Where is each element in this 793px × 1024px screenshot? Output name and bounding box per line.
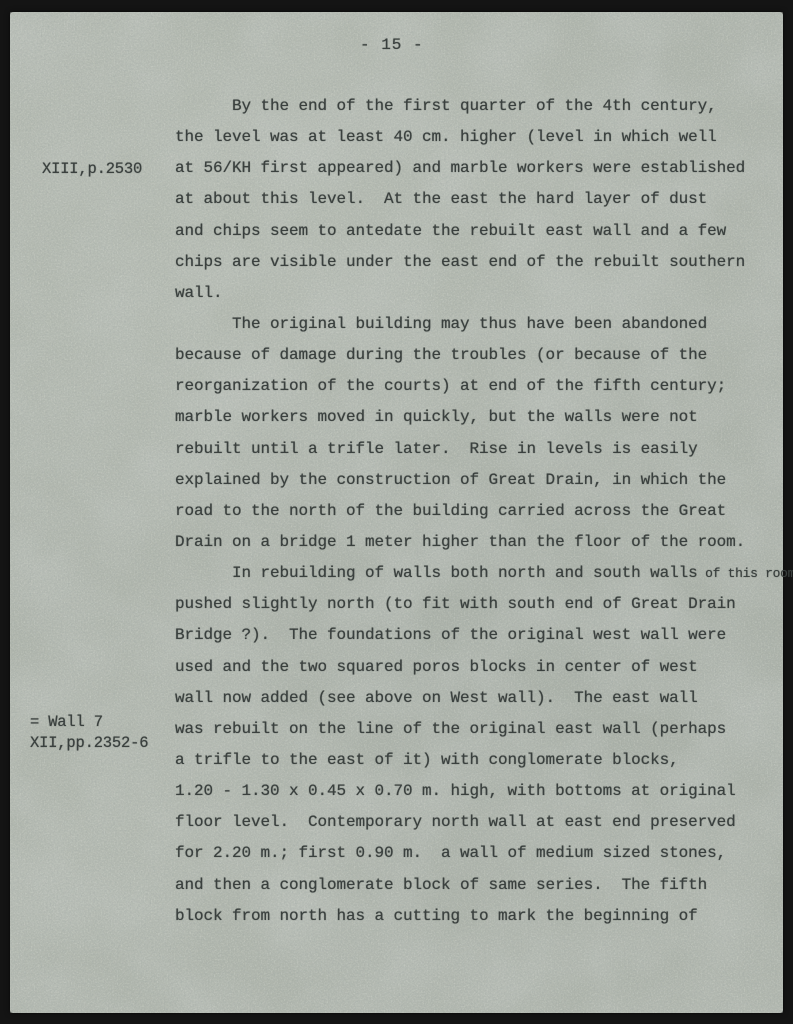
text-line: rebuilt until a trifle later. Rise in le… (175, 434, 793, 465)
margin-note-line: XII,pp.2352-6 (30, 733, 148, 754)
inserted-text: of this room (698, 566, 793, 581)
page-number: - 15 - (360, 36, 424, 54)
margin-note-wall-reference: = Wall 7XII,pp.2352-6 (30, 712, 148, 754)
text-line: road to the north of the building carrie… (175, 496, 793, 527)
text-line: the level was at least 40 cm. higher (le… (175, 122, 793, 153)
text-line: used and the two squared poros blocks in… (175, 652, 793, 683)
text-line: wall now added (see above on West wall).… (175, 683, 793, 714)
text-line: and then a conglomerate block of same se… (175, 870, 793, 901)
margin-note-reference: XIII,p.2530 (42, 159, 142, 180)
text-line: By the end of the first quarter of the 4… (175, 91, 793, 122)
document-page: - 15 - XIII,p.2530 = Wall 7XII,pp.2352-6… (10, 12, 783, 1013)
text-line: wall. (175, 278, 793, 309)
text-line: a trifle to the east of it) with conglom… (175, 745, 793, 776)
text-line: block from north has a cutting to mark t… (175, 901, 793, 932)
body-text: By the end of the first quarter of the 4… (175, 91, 793, 932)
text-line: The original building may thus have been… (175, 309, 793, 340)
text-line: at 56/KH first appeared) and marble work… (175, 153, 793, 184)
scanned-page-background: - 15 - XIII,p.2530 = Wall 7XII,pp.2352-6… (0, 0, 793, 1024)
text-line: 1.20 - 1.30 x 0.45 x 0.70 m. high, with … (175, 776, 793, 807)
text-line: and chips seem to antedate the rebuilt e… (175, 216, 793, 247)
text-line: pushed slightly north (to fit with south… (175, 589, 793, 620)
text-line: marble workers moved in quickly, but the… (175, 402, 793, 433)
text-line: explained by the construction of Great D… (175, 465, 793, 496)
margin-note-line: XIII,p.2530 (42, 159, 142, 180)
text-line: for 2.20 m.; first 0.90 m. a wall of med… (175, 838, 793, 869)
text-line: In rebuilding of walls both north and so… (175, 558, 793, 589)
text-line: chips are visible under the east end of … (175, 247, 793, 278)
text-line: floor level. Contemporary north wall at … (175, 807, 793, 838)
text-line: Drain on a bridge 1 meter higher than th… (175, 527, 793, 558)
text-line: because of damage during the troubles (o… (175, 340, 793, 371)
text-line: at about this level. At the east the har… (175, 184, 793, 215)
text-line: Bridge ?). The foundations of the origin… (175, 620, 793, 651)
margin-note-line: = Wall 7 (30, 712, 148, 733)
text-line: reorganization of the courts) at end of … (175, 371, 793, 402)
text-line: was rebuilt on the line of the original … (175, 714, 793, 745)
